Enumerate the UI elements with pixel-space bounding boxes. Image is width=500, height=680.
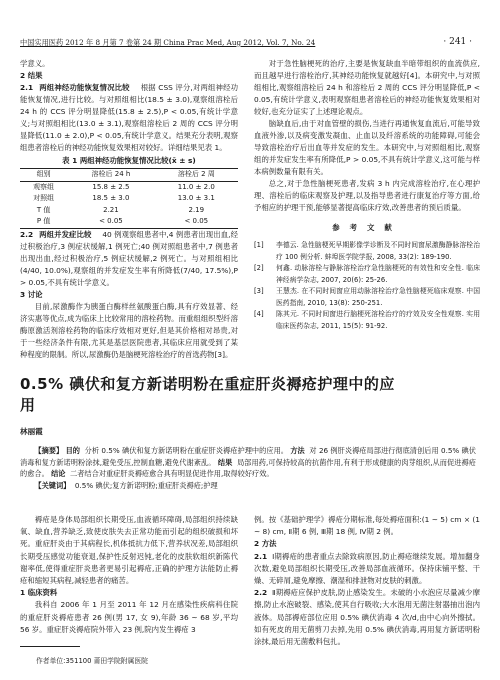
table-cell: P 值 <box>20 216 67 228</box>
journal-page: 中国实用医药 2012 年 8 月第 7 卷第 24 期 China Prac … <box>0 0 500 680</box>
subsection-number: 2.1 <box>254 552 267 561</box>
subsection-title: 两组神经功能恢复情况比较 <box>39 83 130 92</box>
article-abstract: 【摘要】 目的 分析 0.5% 碘伏和复方新诺明粉在重症肝炎褥疮护理中的应用。 … <box>20 445 476 491</box>
conclusion-label: 结论 <box>51 469 65 478</box>
paragraph: Ⅰ期褥疮的患者重点去除致病原因,防止褥疮继续发展。增加翻身次数,避免局部组织长期… <box>254 552 480 585</box>
table-cell: 18.5 ± 3.0 <box>67 193 154 205</box>
paragraph: 例。按《基础护理学》褥疮分期标准,每处褥疮面积:(1 ~ 5) cm × (1 … <box>254 514 480 538</box>
table-cell: 11.0 ± 2.0 <box>155 181 238 193</box>
table-row: 对照组 18.5 ± 3.0 13.0 ± 3.1 <box>20 193 238 205</box>
prev-article-left-column: 学意义。 2 结果 2.1两组神经功能恢复情况比较 根据 CSS 评分,对两组神… <box>20 58 238 361</box>
reference-number: [3] <box>254 286 276 309</box>
reference-number: [2] <box>254 263 276 286</box>
subsection-2-1: 2.1 Ⅰ期褥疮的患者重点去除致病原因,防止褥疮继续发展。增加翻身次数,避免局部… <box>254 551 480 588</box>
reference-text: 何鑫. 动脉溶栓与静脉溶栓治疗急性脑梗死的有效性和安全性. 临床神经病学杂志, … <box>276 263 480 286</box>
prev-article-right-column: 对于急性脑梗死的治疗,主要是恢复缺血半暗带组织的血流供应,而且越早进行溶栓治疗,… <box>254 58 480 332</box>
keywords: 【关键词】 0.5% 碘伏;复方新诺明粉;重症肝炎褥疮;护理 <box>20 480 476 492</box>
reference-item: [3] 王慧杰. 在不同时间窗应用动脉溶栓治疗急性脑梗死临床观察. 中国医药指南… <box>254 286 480 309</box>
paragraph: 我科自 2006 年 1 月至 2011 年 12 月在感染性疾病科住院的重症肝… <box>20 599 238 636</box>
table-cell: 15.8 ± 2.5 <box>67 181 154 193</box>
reference-number: [1] <box>254 240 276 263</box>
table-cell: 13.0 ± 3.1 <box>155 193 238 205</box>
paragraph: 学意义。 <box>20 58 238 70</box>
references-heading: 参考文献 <box>254 222 480 234</box>
subsection-title: 两组并发症比较 <box>39 230 91 239</box>
result-label: 结果 <box>218 458 233 467</box>
section-heading-methods: 2 方法 <box>254 538 480 550</box>
aim-label: 目的 <box>66 446 80 455</box>
page-number: · 241 · <box>443 37 472 47</box>
reference-text: 李德云. 急性脑梗死早期影像学诊断及不同时间窗尿激酶静脉溶栓治疗 100 例分析… <box>276 240 480 263</box>
section-heading-discussion: 3 讨论 <box>20 289 238 301</box>
aim-text: 分析 0.5% 碘伏和复方新诺明粉在重症肝炎褥疮护理中的应用。 <box>85 446 288 455</box>
table-header-row: 组别 溶栓后 24 h 溶栓后 2 周 <box>20 169 238 182</box>
paragraph: Ⅱ期褥疮应保护皮肤,防止感染发生。未破的小水泡应尽量减少摩擦,防止水泡破裂、感染… <box>254 588 480 646</box>
paragraph: 褥疮是身体局部组织长期受压,血液循环障碍,局部组织持续缺氧、缺血,营养缺乏,致使… <box>20 514 238 587</box>
journal-citation: 中国实用医药 2012 年 8 月第 7 卷第 24 期 China Prac … <box>20 38 315 48</box>
paragraph: 总之,对于急性脑梗死患者,发病 3 h 内完成溶栓治疗,在心理护理、溶栓后的临床… <box>254 178 480 214</box>
table-caption: 表 1 两组神经功能恢复情况比较(x̄ ± s) <box>20 155 238 167</box>
section-heading-results: 2 结果 <box>20 70 238 82</box>
table-neuro-recovery: 组别 溶栓后 24 h 溶栓后 2 周 观察组 15.8 ± 2.5 11.0 … <box>20 168 238 229</box>
subsection-number: 2.2 <box>254 588 267 597</box>
subsection-number: 2.1 <box>20 83 33 92</box>
article-right-column: 例。按《基础护理学》褥疮分期标准,每处褥疮面积:(1 ~ 5) cm × (1 … <box>254 514 480 648</box>
table-cell: 观察组 <box>20 181 67 193</box>
subsection-2-2: 2.2两组并发症比较 40 例观察组患者中,4 例患者出现出血,经过积极治疗,3… <box>20 229 238 289</box>
table-row: 观察组 15.8 ± 2.5 11.0 ± 2.0 <box>20 181 238 193</box>
column-header: 组别 <box>20 169 67 182</box>
subsection-2-1: 2.1两组神经功能恢复情况比较 根据 CSS 评分,对两组神经功能恢复情况,进行… <box>20 82 238 154</box>
footnote-divider <box>20 646 80 647</box>
reference-item: [2] 何鑫. 动脉溶栓与静脉溶栓治疗急性脑梗死的有效性和安全性. 临床神经病学… <box>254 263 480 286</box>
keywords-text: 0.5% 碘伏;复方新诺明粉;重症肝炎褥疮;护理 <box>75 481 218 490</box>
reference-item: [4] 陈其元. 不同时间窗进行脑梗死溶栓治疗的疗效及安全性观察. 实用临床医药… <box>254 309 480 332</box>
reference-item: [1] 李德云. 急性脑梗死早期影像学诊断及不同时间窗尿激酶静脉溶栓治疗 100… <box>254 240 480 263</box>
table-cell: 2.21 <box>67 205 154 217</box>
article-author: 林丽霞 <box>20 426 43 437</box>
table-cell: 2.19 <box>155 205 238 217</box>
keywords-label: 【关键词】 <box>34 481 70 490</box>
table-cell: < 0.05 <box>67 216 154 228</box>
article-title: 0.5% 碘伏和复方新诺明粉在重症肝炎褥疮护理中的应用 <box>20 374 400 416</box>
table-row: T 值 2.21 2.19 <box>20 205 238 217</box>
table-cell: < 0.05 <box>155 216 238 228</box>
paragraph: 脑缺血后,由于对血管壁的损伤,当进行再通恢复血流后,可能导致血液外渗,以及病变激… <box>254 118 480 178</box>
reference-text: 王慧杰. 在不同时间窗应用动脉溶栓治疗急性脑梗死临床观察. 中国医药指南, 20… <box>276 286 480 309</box>
running-header: 中国实用医药 2012 年 8 月第 7 卷第 24 期 China Prac … <box>20 38 480 50</box>
section-heading-clinical-data: 1 临床资料 <box>20 587 238 599</box>
method-label: 方法 <box>290 446 304 455</box>
paragraph: 根据 CSS 评分,对两组神经功能恢复情况,进行比较。与对照组相比(18.5 ±… <box>20 83 238 152</box>
abstract-body: 【摘要】 目的 分析 0.5% 碘伏和复方新诺明粉在重症肝炎褥疮护理中的应用。 … <box>20 445 476 480</box>
column-header: 溶栓后 24 h <box>67 169 154 182</box>
reference-number: [4] <box>254 309 276 332</box>
conclusion-text: 二者结合对重症肝炎褥疮愈合具有明显促进作用,取得较好疗效。 <box>70 469 274 478</box>
abstract-label: 【摘要】 <box>34 446 63 455</box>
table-cell: 对照组 <box>20 193 67 205</box>
subsection-number: 2.2 <box>20 230 33 239</box>
subsection-2-2: 2.2 Ⅱ期褥疮应保护皮肤,防止感染发生。未破的小水泡应尽量减少摩擦,防止水泡破… <box>254 587 480 648</box>
paragraph: 目前,尿激酶作为胰蛋白酶样丝氨酸蛋白酶,具有疗效显著、经济实惠等优点,成为临床上… <box>20 301 238 361</box>
table-cell: T 值 <box>20 205 67 217</box>
reference-text: 陈其元. 不同时间窗进行脑梗死溶栓治疗的疗效及安全性观察. 实用临床医药杂志, … <box>276 309 480 332</box>
article-left-column: 褥疮是身体局部组织长期受压,血液循环障碍,局部组织持续缺氧、缺血,营养缺乏,致使… <box>20 514 238 636</box>
author-affiliation-footnote: 作者单位:351100 莆田学院附属医院 <box>36 655 148 665</box>
paragraph: 对于急性脑梗死的治疗,主要是恢复缺血半暗带组织的血流供应,而且越早进行溶栓治疗,… <box>254 58 480 118</box>
column-header: 溶栓后 2 周 <box>155 169 238 182</box>
table-row: P 值 < 0.05 < 0.05 <box>20 216 238 228</box>
